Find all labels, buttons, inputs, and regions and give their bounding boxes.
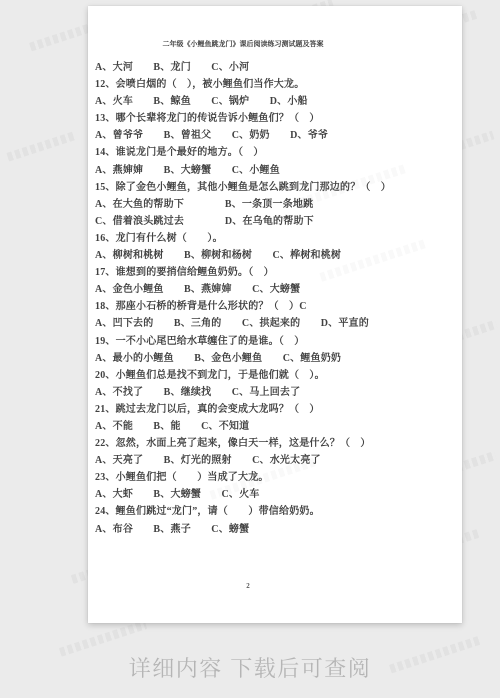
question-line: A、金色小鲤鱼 B、燕婶婶 C、大螃蟹: [95, 281, 453, 298]
question-line: 24、鲤鱼们跳过“龙门”，请（ ）带信给奶奶。: [95, 503, 453, 520]
question-line: 12、会喷白烟的（ ），被小鲤鱼们当作大龙。: [95, 76, 453, 93]
document-preview-screen[interactable]: 二年级《小鲤鱼跳龙门》课后阅读练习测试题及答案 A、大河 B、龙门 C、小河12…: [0, 0, 500, 698]
question-line: A、不能 B、能 C、不知道: [95, 418, 453, 435]
question-line: 16、龙门有什么树（ ）。: [95, 230, 453, 247]
question-line: 15、除了金色小鲤鱼，其他小鲤鱼是怎么跳到龙门那边的？（ ）: [95, 179, 453, 196]
watermark: [6, 131, 75, 161]
question-line: A、天亮了 B、灯光的照射 C、水光太亮了: [95, 452, 453, 469]
question-line: A、大虾 B、大螃蟹 C、火车: [95, 486, 453, 503]
question-line: A、火车 B、鲸鱼 C、锅炉 D、小船: [95, 93, 453, 110]
question-line: A、凹下去的 B、三角的 C、拱起来的 D、平直的: [95, 315, 453, 332]
question-line: A、大河 B、龙门 C、小河: [95, 59, 453, 76]
document-title: 二年级《小鲤鱼跳龙门》课后阅读练习测试题及答案: [88, 38, 398, 50]
question-line: 19、一不小心尾巴给水草缠住了的是谁。（ ）: [95, 333, 453, 350]
question-line: 14、谁说龙门是个最好的地方。（ ）: [95, 144, 453, 161]
question-line: C、借着浪头跳过去 D、在乌龟的帮助下: [95, 213, 453, 230]
document-body: A、大河 B、龙门 C、小河12、会喷白烟的（ ），被小鲤鱼们当作大龙。A、火车…: [95, 59, 453, 538]
question-line: 18、那座小石桥的桥背是什么形状的？（ ）C: [95, 298, 453, 315]
document-page: 二年级《小鲤鱼跳龙门》课后阅读练习测试题及答案 A、大河 B、龙门 C、小河12…: [88, 6, 462, 623]
question-line: A、燕婶婶 B、大螃蟹 C、小鲤鱼: [95, 162, 453, 179]
question-line: 13、哪个长辈将龙门的传说告诉小鲤鱼们？（ ）: [95, 110, 453, 127]
question-line: A、布谷 B、燕子 C、螃蟹: [95, 521, 453, 538]
question-line: A、柳树和桃树 B、柳树和杨树 C、桦树和桃树: [95, 247, 453, 264]
question-line: 23、小鲤鱼们把（ ）当成了大龙。: [95, 469, 453, 486]
question-line: A、在大鱼的帮助下 B、一条顶一条地跳: [95, 196, 453, 213]
question-line: 20、小鲤鱼们总是找不到龙门，于是他们就（ ）。: [95, 367, 453, 384]
question-line: A、曾爷爷 B、曾祖父 C、奶奶 D、爷爷: [95, 127, 453, 144]
question-line: A、不找了 B、继续找 C、马上回去了: [95, 384, 453, 401]
download-notice: 详细内容 下载后可查阅: [0, 652, 500, 683]
question-line: 21、跳过去龙门以后，真的会变成大龙吗？（ ）: [95, 401, 453, 418]
question-line: 17、谁想到的要捎信给鲤鱼奶奶。（ ）: [95, 264, 453, 281]
question-line: A、最小的小鲤鱼 B、金色小鲤鱼 C、鲤鱼奶奶: [95, 350, 453, 367]
page-number: 2: [88, 582, 408, 590]
question-line: 22、忽然，水面上亮了起来，像白天一样，这是什么？（ ）: [95, 435, 453, 452]
